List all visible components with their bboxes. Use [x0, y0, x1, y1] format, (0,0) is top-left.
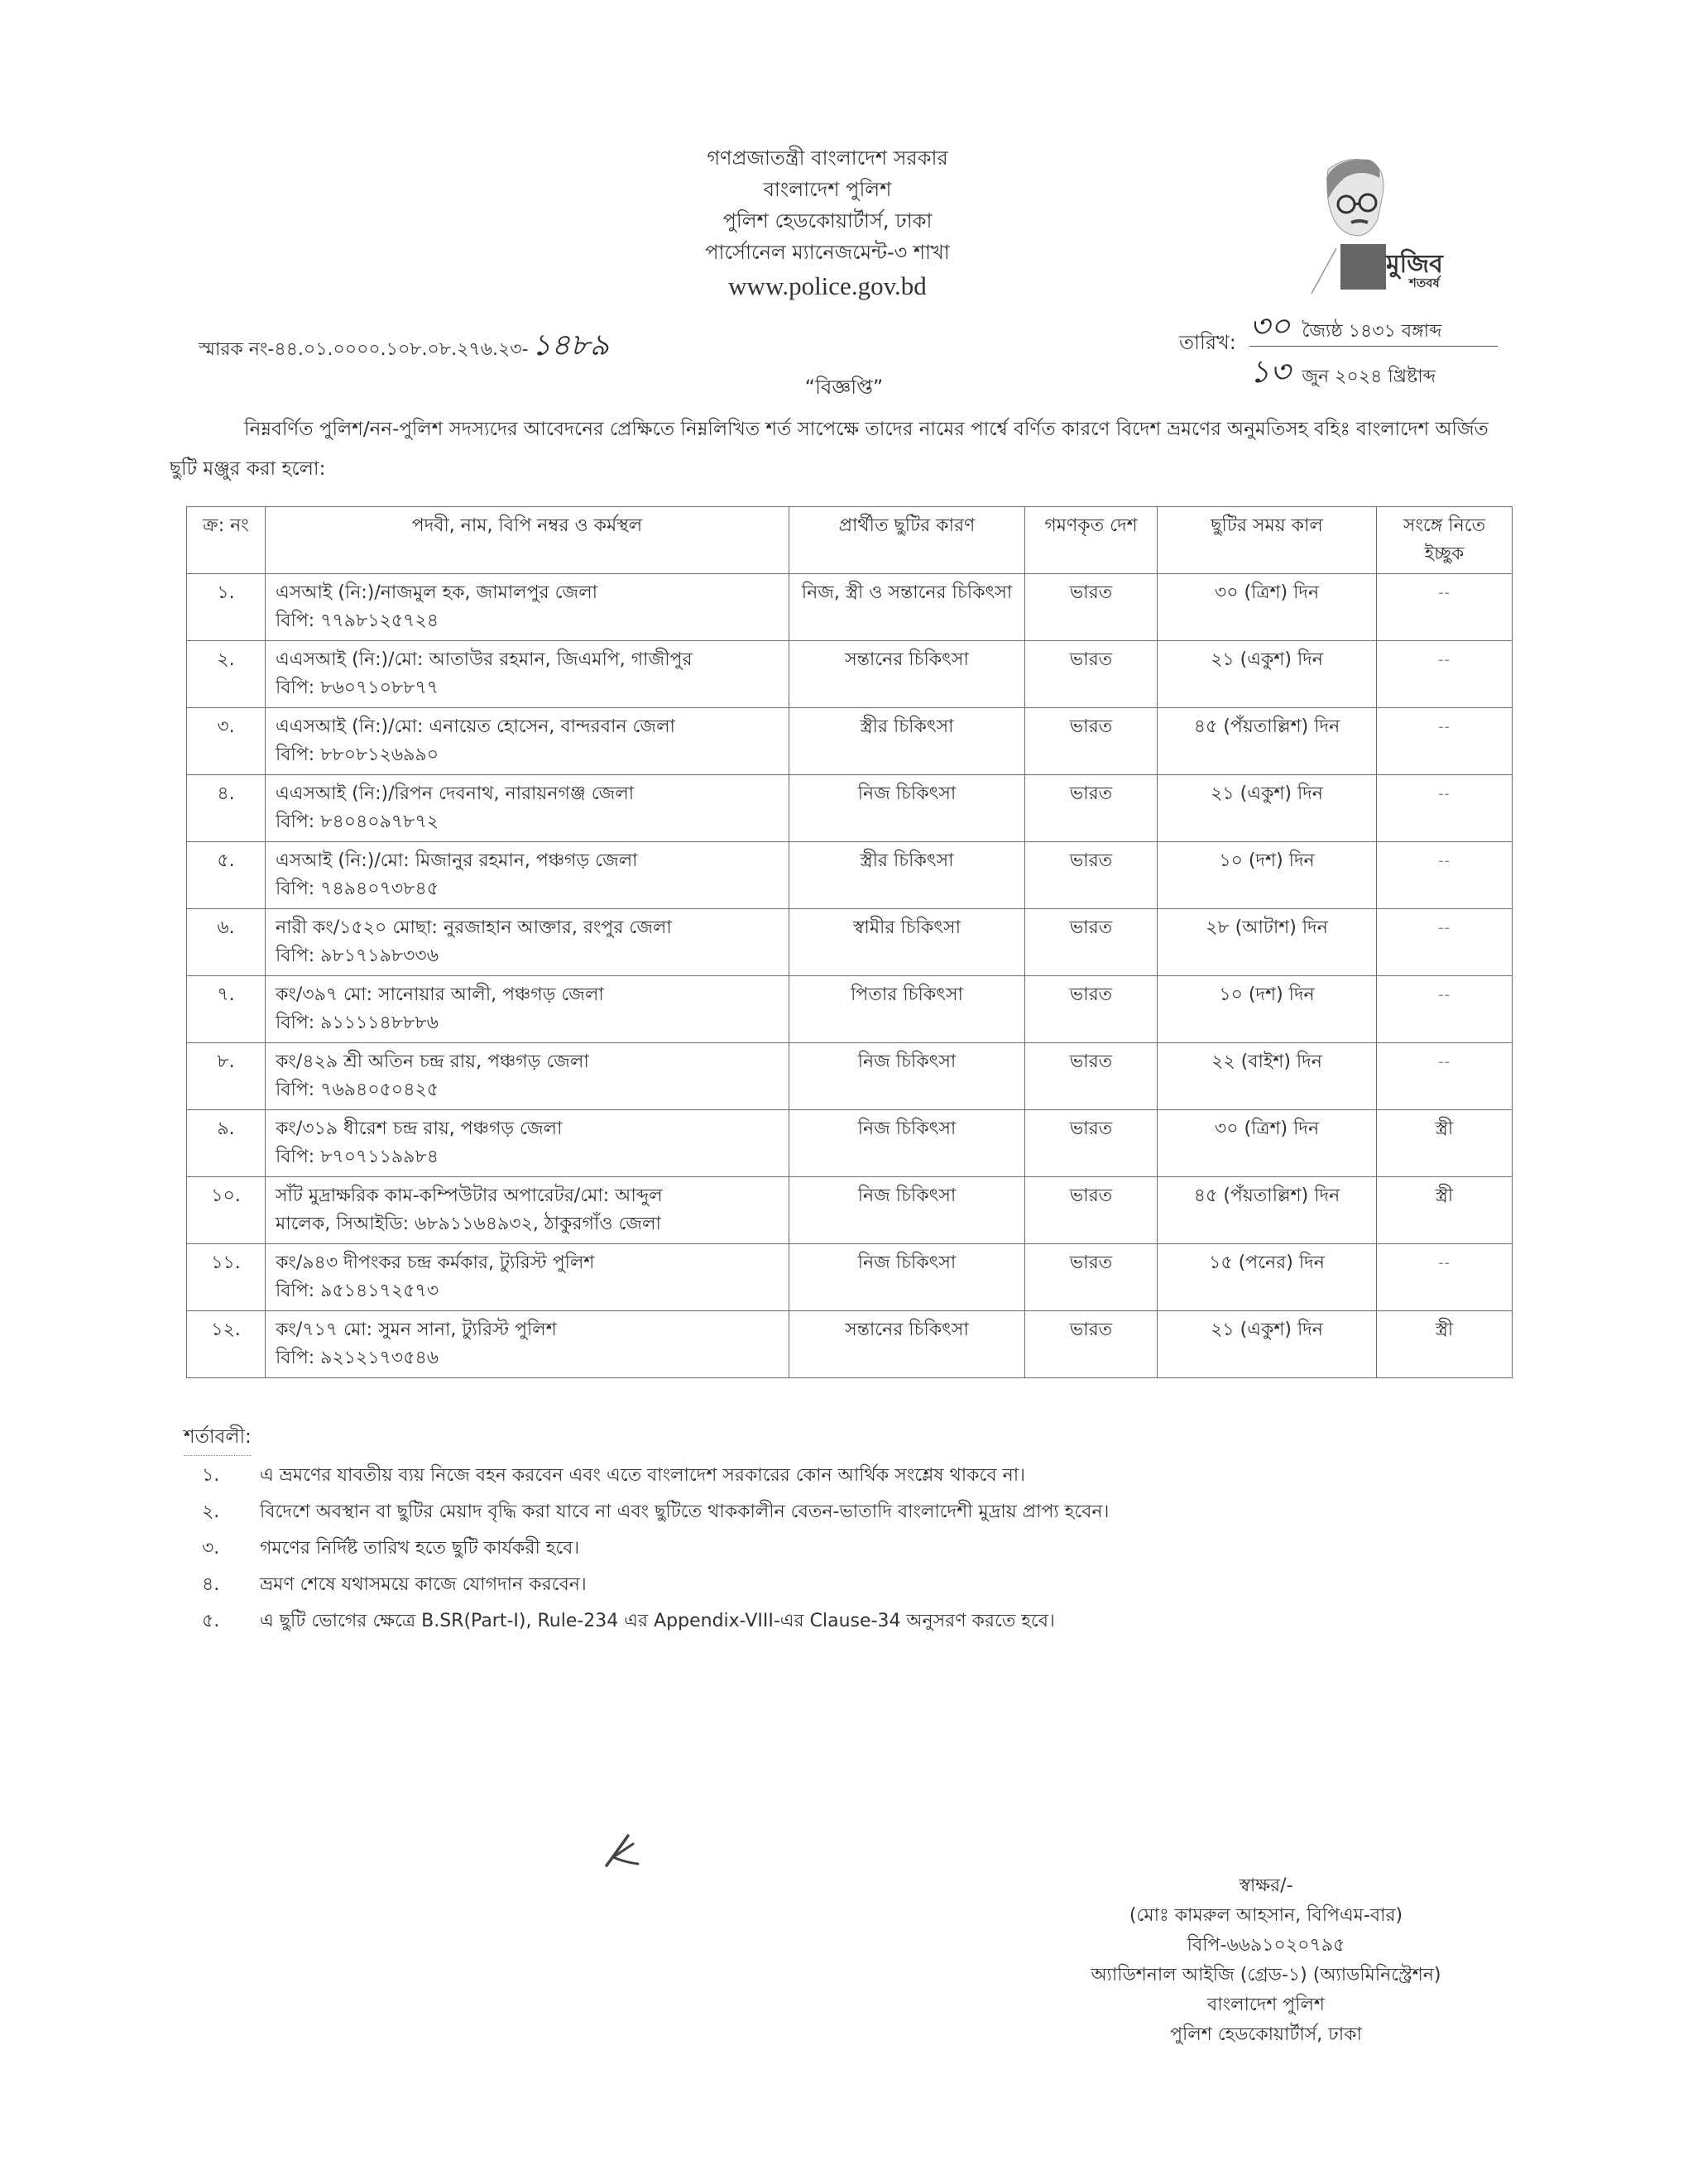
cell-reason: সন্তানের চিকিৎসা	[789, 1311, 1025, 1378]
person-name: এএসআই (নি:)/মো: এনায়েত হোসেন, বান্দরবান…	[276, 713, 782, 741]
cell-country: ভারত	[1025, 1177, 1158, 1244]
person-bp-number: বিপি: ৮৬০৭১০৮৮৭৭	[276, 674, 782, 702]
person-bp-number: বিপি: ৮৪০৪০৯৭৮৭২	[276, 808, 782, 836]
person-name: নারী কং/১৫২০ মোছা: নুরজাহান আক্তার, রংপু…	[276, 914, 782, 942]
cell-duration: ১০ (দশ) দিন	[1158, 842, 1377, 909]
cell-reason: স্ত্রীর চিকিৎসা	[789, 842, 1025, 909]
cell-accompany: স্ত্রী	[1377, 1110, 1513, 1177]
leave-reason: নিজ, স্ত্রী ও সন্তানের চিকিৎসা	[796, 579, 1018, 607]
cell-country: ভারত	[1025, 574, 1158, 641]
leave-duration: ১০ (দশ) দিন	[1164, 847, 1369, 875]
leave-duration: ১০ (দশ) দিন	[1164, 981, 1369, 1009]
cell-country: ভারত	[1025, 1244, 1158, 1311]
cell-serial: ১.	[187, 574, 266, 641]
person-name: এএসআই (নি:)/রিপন দেবনাথ, নারায়নগঞ্জ জেল…	[276, 780, 782, 808]
person-name: এসআই (নি:)/মো: মিজানুর রহমান, পঞ্চগড় জে…	[276, 847, 782, 875]
leave-duration: ৪৫ (পঁয়তাল্লিশ) দিন	[1164, 1182, 1369, 1210]
accompanying-person: --	[1383, 981, 1505, 1009]
table-header-row: ক্র: নং পদবী, নাম, বিপি নম্বর ও কর্মস্থল…	[187, 507, 1513, 574]
cell-country: ভারত	[1025, 909, 1158, 976]
cell-duration: ১৫ (পনের) দিন	[1158, 1244, 1377, 1311]
leave-duration: ২৮ (আটাশ) দিন	[1164, 914, 1369, 942]
cell-accompany: --	[1377, 574, 1513, 641]
condition-number: ২.	[184, 1494, 260, 1530]
person-bp-number: বিপি: ৮৭০৭১১৯৯৮৪	[276, 1143, 782, 1171]
person-name: সাঁট মুদ্রাক্ষরিক কাম-কম্পিউটার অপারেটর/…	[276, 1182, 782, 1210]
letterhead-office: পুলিশ হেডকোয়ার্টার্স, ঢাকা	[579, 205, 1076, 237]
leave-reason: নিজ চিকিৎসা	[796, 1249, 1018, 1277]
letterhead-government: গণপ্রজাতন্ত্রী বাংলাদেশ সরকার	[579, 142, 1076, 174]
table-body: ১.এসআই (নি:)/নাজমুল হক, জামালপুর জেলাবিপ…	[187, 574, 1513, 1378]
accompanying-person: স্ত্রী	[1383, 1182, 1505, 1210]
cell-name-bp: এএসআই (নি:)/মো: আতাউর রহমান, জিএমপি, গাজ…	[266, 641, 789, 708]
cell-accompany: স্ত্রী	[1377, 1311, 1513, 1378]
destination-country: ভারত	[1032, 1048, 1150, 1076]
accompanying-person: --	[1383, 713, 1505, 741]
cell-duration: ২১ (একুশ) দিন	[1158, 1311, 1377, 1378]
table-row: ১২.কং/৭১৭ মো: সুমন সানা, ট্যুরিস্ট পুলিশ…	[187, 1311, 1513, 1378]
cell-country: ভারত	[1025, 842, 1158, 909]
cell-reason: নিজ, স্ত্রী ও সন্তানের চিকিৎসা	[789, 574, 1025, 641]
date-label: তারিখ:	[1179, 328, 1236, 361]
leave-duration: ৩০ (ত্রিশ) দিন	[1164, 579, 1369, 607]
cell-serial: ১১.	[187, 1244, 266, 1311]
cell-serial: ৩.	[187, 708, 266, 775]
destination-country: ভারত	[1032, 914, 1150, 942]
letterhead-website: www.police.gov.bd	[579, 268, 1076, 304]
accompanying-person: --	[1383, 780, 1505, 808]
cell-duration: ৩০ (ত্রিশ) দিন	[1158, 1110, 1377, 1177]
notice-intro: নিম্নবর্ণিত পুলিশ/নন-পুলিশ সদস্যদের আবেদ…	[170, 409, 1510, 489]
leave-reason: নিজ চিকিৎসা	[796, 1048, 1018, 1076]
leave-duration: ৪৫ (পঁয়তাল্লিশ) দিন	[1164, 713, 1369, 741]
condition-item: ৫.এ ছুটি ভোগের ক্ষেত্রে B.SR(Part-I), Ru…	[184, 1603, 1508, 1640]
header-reason: প্রার্থীত ছুটির কারণ	[789, 507, 1025, 574]
condition-item: ১.এ ভ্রমণের যাবতীয় ব্যয় নিজে বহন করবেন…	[184, 1458, 1508, 1494]
leave-reason: সন্তানের চিকিৎসা	[796, 646, 1018, 674]
cell-name-bp: এএসআই (নি:)/মো: এনায়েত হোসেন, বান্দরবান…	[266, 708, 789, 775]
accompanying-person: --	[1383, 847, 1505, 875]
person-name: কং/৪২৯ শ্রী অতিন চন্দ্র রায়, পঞ্চগড় জে…	[276, 1048, 782, 1076]
accompanying-person: --	[1383, 646, 1505, 674]
table-row: ৮.কং/৪২৯ শ্রী অতিন চন্দ্র রায়, পঞ্চগড় …	[187, 1043, 1513, 1110]
condition-text: বিদেশে অবস্থান বা ছুটির মেয়াদ বৃদ্ধি কর…	[260, 1494, 1109, 1530]
serial-number: ১০.	[194, 1182, 258, 1210]
leave-reason: নিজ চিকিৎসা	[796, 780, 1018, 808]
cell-name-bp: এএসআই (নি:)/রিপন দেবনাথ, নারায়নগঞ্জ জেল…	[266, 775, 789, 842]
table-row: ১১.কং/৯৪৩ দীপংকর চন্দ্র কর্মকার, ট্যুরিস…	[187, 1244, 1513, 1311]
person-bp-number: বিপি: ৯৮১৭১৯৮৩৩৬	[276, 942, 782, 970]
person-bp-number: বিপি: ৭৪৯৪০৭৩৮৪৫	[276, 875, 782, 903]
signatory-name: (মোঃ কামরুল আহসান, বিপিএম-বার)	[1043, 1901, 1489, 1931]
cell-name-bp: সাঁট মুদ্রাক্ষরিক কাম-কম্পিউটার অপারেটর/…	[266, 1177, 789, 1244]
cell-name-bp: কং/৭১৭ মো: সুমন সানা, ট্যুরিস্ট পুলিশবিপ…	[266, 1311, 789, 1378]
serial-number: ৩.	[194, 713, 258, 741]
serial-number: ৯.	[194, 1115, 258, 1143]
leave-reason: সন্তানের চিকিৎসা	[796, 1316, 1018, 1344]
person-bp-number: বিপি: ৯৫১৪১৭২৫৭৩	[276, 1277, 782, 1305]
cell-country: ভারত	[1025, 1043, 1158, 1110]
letterhead-branch: পার্সোনেল ম্যানেজমেন্ট-৩ শাখা	[579, 237, 1076, 268]
cell-serial: ৭.	[187, 976, 266, 1043]
condition-number: ৫.	[184, 1603, 260, 1640]
cell-serial: ৫.	[187, 842, 266, 909]
table-row: ১০.সাঁট মুদ্রাক্ষরিক কাম-কম্পিউটার অপারে…	[187, 1177, 1513, 1244]
person-bp-number: বিপি: ৯১১১১৪৮৮৮৬	[276, 1009, 782, 1037]
cell-country: ভারত	[1025, 1311, 1158, 1378]
person-bp-number: বিপি: ৯২১২১৭৩৫৪৬	[276, 1344, 782, 1372]
serial-number: ২.	[194, 646, 258, 674]
person-name: এএসআই (নি:)/মো: আতাউর রহমান, জিএমপি, গাজ…	[276, 646, 782, 674]
person-name: কং/৩১৯ ধীরেশ চন্দ্র রায়, পঞ্চগড় জেলা	[276, 1115, 782, 1143]
header-name: পদবী, নাম, বিপি নম্বর ও কর্মস্থল	[266, 507, 789, 574]
cell-duration: ২১ (একুশ) দিন	[1158, 775, 1377, 842]
leave-duration: ২২ (বাইশ) দিন	[1164, 1048, 1369, 1076]
memo-number: স্মারক নং-৪৪.০১.০০০০.১০৮.০৮.২৭৬.২৩-১৪৮৯	[199, 323, 609, 372]
accompanying-person: --	[1383, 1048, 1505, 1076]
leave-table: ক্র: নং পদবী, নাম, বিপি নম্বর ও কর্মস্থল…	[186, 506, 1513, 1378]
accompanying-person: স্ত্রী	[1383, 1316, 1505, 1344]
signatory-office: পুলিশ হেডকোয়ার্টার্স, ঢাকা	[1043, 2020, 1489, 2050]
cell-accompany: স্ত্রী	[1377, 1177, 1513, 1244]
cell-reason: নিজ চিকিৎসা	[789, 1110, 1025, 1177]
cell-accompany: --	[1377, 1244, 1513, 1311]
destination-country: ভারত	[1032, 1115, 1150, 1143]
accompanying-person: --	[1383, 579, 1505, 607]
leave-reason: নিজ চিকিৎসা	[796, 1115, 1018, 1143]
cell-accompany: --	[1377, 842, 1513, 909]
logo-subcaption: শতবর্ষ	[1409, 274, 1440, 295]
destination-country: ভারত	[1032, 981, 1150, 1009]
condition-number: ৩.	[184, 1530, 260, 1567]
accompanying-person: স্ত্রী	[1383, 1115, 1505, 1143]
leave-reason: নিজ চিকিৎসা	[796, 1182, 1018, 1210]
table-row: ৭.কং/৩৯৭ মো: সানোয়ার আলী, পঞ্চগড় জেলাব…	[187, 976, 1513, 1043]
header-country: গমণকৃত দেশ	[1025, 507, 1158, 574]
header-serial: ক্র: নং	[187, 507, 266, 574]
person-bp-number: বিপি: ৮৮০৮১২৬৯৯০	[276, 741, 782, 769]
mujib-centenary-logo: মুজিব শতবর্ষ	[1278, 153, 1494, 298]
condition-number: ৪.	[184, 1567, 260, 1603]
cell-name-bp: কং/৩১৯ ধীরেশ চন্দ্র রায়, পঞ্চগড় জেলাবি…	[266, 1110, 789, 1177]
serial-number: ৫.	[194, 847, 258, 875]
leave-reason: স্ত্রীর চিকিৎসা	[796, 847, 1018, 875]
notice-title: “বিজ্ঞপ্তি”	[0, 372, 1688, 405]
cell-reason: নিজ চিকিৎসা	[789, 1043, 1025, 1110]
cell-serial: ২.	[187, 641, 266, 708]
cell-serial: ৪.	[187, 775, 266, 842]
cell-serial: ১০.	[187, 1177, 266, 1244]
condition-text: ভ্রমণ শেষে যথাসময়ে কাজে যোগদান করবেন।	[260, 1567, 587, 1603]
serial-number: ৬.	[194, 914, 258, 942]
cell-reason: পিতার চিকিৎসা	[789, 976, 1025, 1043]
person-name: কং/৯৪৩ দীপংকর চন্দ্র কর্মকার, ট্যুরিস্ট …	[276, 1249, 782, 1277]
person-bp-number: বিপি: ৭৬৯৪০৫০৪২৫	[276, 1076, 782, 1104]
cell-accompany: --	[1377, 641, 1513, 708]
cell-name-bp: কং/৯৪৩ দীপংকর চন্দ্র কর্মকার, ট্যুরিস্ট …	[266, 1244, 789, 1311]
destination-country: ভারত	[1032, 847, 1150, 875]
serial-number: ৮.	[194, 1048, 258, 1076]
cell-accompany: --	[1377, 708, 1513, 775]
cell-duration: ১০ (দশ) দিন	[1158, 976, 1377, 1043]
person-name: কং/৩৯৭ মো: সানোয়ার আলী, পঞ্চগড় জেলা	[276, 981, 782, 1009]
cell-name-bp: এসআই (নি:)/মো: মিজানুর রহমান, পঞ্চগড় জে…	[266, 842, 789, 909]
cell-name-bp: নারী কং/১৫২০ মোছা: নুরজাহান আক্তার, রংপু…	[266, 909, 789, 976]
memo-handwritten-number: ১৪৮৯	[532, 328, 609, 362]
leave-duration: ৩০ (ত্রিশ) দিন	[1164, 1115, 1369, 1143]
leave-reason: স্ত্রীর চিকিৎসা	[796, 713, 1018, 741]
cell-country: ভারত	[1025, 1110, 1158, 1177]
leave-reason: স্বামীর চিকিৎসা	[796, 914, 1018, 942]
cell-serial: ৮.	[187, 1043, 266, 1110]
cell-serial: ১২.	[187, 1311, 266, 1378]
cell-name-bp: কং/৪২৯ শ্রী অতিন চন্দ্র রায়, পঞ্চগড় জে…	[266, 1043, 789, 1110]
cell-accompany: --	[1377, 775, 1513, 842]
cell-duration: ৪৫ (পঁয়তাল্লিশ) দিন	[1158, 1177, 1377, 1244]
cell-serial: ৬.	[187, 909, 266, 976]
memo-label: স্মারক নং-৪৪.০১.০০০০.১০৮.০৮.২৭৬.২৩-	[199, 339, 529, 360]
signature-signed: স্বাক্ষর/-	[1043, 1871, 1489, 1901]
cell-reason: নিজ চিকিৎসা	[789, 775, 1025, 842]
accompanying-person: --	[1383, 914, 1505, 942]
condition-text: গমণের নির্দিষ্ট তারিখ হতে ছুটি কার্যকরী …	[260, 1530, 579, 1567]
signature-block: স্বাক্ষর/- (মোঃ কামরুল আহসান, বিপিএম-বার…	[1043, 1871, 1489, 2050]
condition-item: ৩.গমণের নির্দিষ্ট তারিখ হতে ছুটি কার্যকর…	[184, 1530, 1508, 1567]
accompanying-person: --	[1383, 1249, 1505, 1277]
destination-country: ভারত	[1032, 646, 1150, 674]
signatory-designation: অ্যাডিশনাল আইজি (গ্রেড-১) (অ্যাডমিনিস্ট্…	[1043, 1961, 1489, 1990]
date-bangla-day: ৩০	[1249, 308, 1290, 344]
table-row: ২.এএসআই (নি:)/মো: আতাউর রহমান, জিএমপি, গ…	[187, 641, 1513, 708]
cell-name-bp: এসআই (নি:)/নাজমুল হক, জামালপুর জেলাবিপি:…	[266, 574, 789, 641]
cell-duration: ২২ (বাইশ) দিন	[1158, 1043, 1377, 1110]
condition-text: এ ভ্রমণের যাবতীয় ব্যয় নিজে বহন করবেন এ…	[260, 1458, 1025, 1494]
serial-number: ৭.	[194, 981, 258, 1009]
date-divider	[1249, 346, 1498, 347]
cell-reason: নিজ চিকিৎসা	[789, 1244, 1025, 1311]
letterhead-organization: বাংলাদেশ পুলিশ	[579, 174, 1076, 205]
serial-number: ১১.	[194, 1249, 258, 1277]
destination-country: ভারত	[1032, 713, 1150, 741]
condition-item: ৪.ভ্রমণ শেষে যথাসময়ে কাজে যোগদান করবেন।	[184, 1567, 1508, 1603]
signatory-bp-number: বিপি-৬৬৯১০২০৭৯৫	[1043, 1931, 1489, 1961]
table-row: ৯.কং/৩১৯ ধীরেশ চন্দ্র রায়, পঞ্চগড় জেলা…	[187, 1110, 1513, 1177]
person-name: এসআই (নি:)/নাজমুল হক, জামালপুর জেলা	[276, 579, 782, 607]
cell-duration: ২৮ (আটাশ) দিন	[1158, 909, 1377, 976]
signatory-organization: বাংলাদেশ পুলিশ	[1043, 1990, 1489, 2020]
condition-item: ২.বিদেশে অবস্থান বা ছুটির মেয়াদ বৃদ্ধি …	[184, 1494, 1508, 1530]
cell-country: ভারত	[1025, 641, 1158, 708]
table-row: ৬.নারী কং/১৫২০ মোছা: নুরজাহান আক্তার, রং…	[187, 909, 1513, 976]
cell-duration: ২১ (একুশ) দিন	[1158, 641, 1377, 708]
leave-duration: ২১ (একুশ) দিন	[1164, 780, 1369, 808]
cell-duration: ৩০ (ত্রিশ) দিন	[1158, 574, 1377, 641]
destination-country: ভারত	[1032, 579, 1150, 607]
person-bp-number: বিপি: ৭৭৯৮১২৫৭২৪	[276, 607, 782, 635]
cell-accompany: --	[1377, 976, 1513, 1043]
letterhead: গণপ্রজাতন্ত্রী বাংলাদেশ সরকার বাংলাদেশ প…	[579, 142, 1076, 304]
cell-reason: স্ত্রীর চিকিৎসা	[789, 708, 1025, 775]
header-duration: ছুটির সময় কাল	[1158, 507, 1377, 574]
condition-number: ১.	[184, 1458, 260, 1494]
leave-reason: পিতার চিকিৎসা	[796, 981, 1018, 1009]
cell-accompany: --	[1377, 1043, 1513, 1110]
cell-duration: ৪৫ (পঁয়তাল্লিশ) দিন	[1158, 708, 1377, 775]
cell-country: ভারত	[1025, 708, 1158, 775]
conditions-heading: শর্তাবলী:	[184, 1421, 252, 1456]
destination-country: ভারত	[1032, 1182, 1150, 1210]
serial-number: ১২.	[194, 1316, 258, 1344]
date-bangla-month-year: জ্যৈষ্ঠ ১৪৩১ বঙ্গাব্দ	[1302, 321, 1441, 342]
cell-serial: ৯.	[187, 1110, 266, 1177]
leave-duration: ১৫ (পনের) দিন	[1164, 1249, 1369, 1277]
serial-number: ৪.	[194, 780, 258, 808]
cell-reason: স্বামীর চিকিৎসা	[789, 909, 1025, 976]
person-name: কং/৭১৭ মো: সুমন সানা, ট্যুরিস্ট পুলিশ	[276, 1316, 782, 1344]
destination-country: ভারত	[1032, 780, 1150, 808]
table-row: ৪.এএসআই (নি:)/রিপন দেবনাথ, নারায়নগঞ্জ জ…	[187, 775, 1513, 842]
cell-accompany: --	[1377, 909, 1513, 976]
cell-reason: নিজ চিকিৎসা	[789, 1177, 1025, 1244]
cell-country: ভারত	[1025, 775, 1158, 842]
header-accompany: সংঙ্গে নিতে ইচ্ছুক	[1377, 507, 1513, 574]
table-row: ৫.এসআই (নি:)/মো: মিজানুর রহমান, পঞ্চগড় …	[187, 842, 1513, 909]
condition-text: এ ছুটি ভোগের ক্ষেত্রে B.SR(Part-I), Rule…	[260, 1603, 1055, 1640]
handwritten-initial-icon	[600, 1824, 650, 1874]
person-bp-number: মালেক, সিআইডি: ৬৮৯১১৬৪৯৩২, ঠাকুরগাঁও জেল…	[276, 1210, 782, 1238]
serial-number: ১.	[194, 579, 258, 607]
table-row: ৩.এএসআই (নি:)/মো: এনায়েত হোসেন, বান্দরব…	[187, 708, 1513, 775]
cell-country: ভারত	[1025, 976, 1158, 1043]
table-row: ১.এসআই (নি:)/নাজমুল হক, জামালপুর জেলাবিপ…	[187, 574, 1513, 641]
cell-reason: সন্তানের চিকিৎসা	[789, 641, 1025, 708]
destination-country: ভারত	[1032, 1316, 1150, 1344]
destination-country: ভারত	[1032, 1249, 1150, 1277]
leave-duration: ২১ (একুশ) দিন	[1164, 1316, 1369, 1344]
cell-name-bp: কং/৩৯৭ মো: সানোয়ার আলী, পঞ্চগড় জেলাবিপ…	[266, 976, 789, 1043]
leave-duration: ২১ (একুশ) দিন	[1164, 646, 1369, 674]
conditions-list: ১.এ ভ্রমণের যাবতীয় ব্যয় নিজে বহন করবেন…	[184, 1458, 1508, 1640]
